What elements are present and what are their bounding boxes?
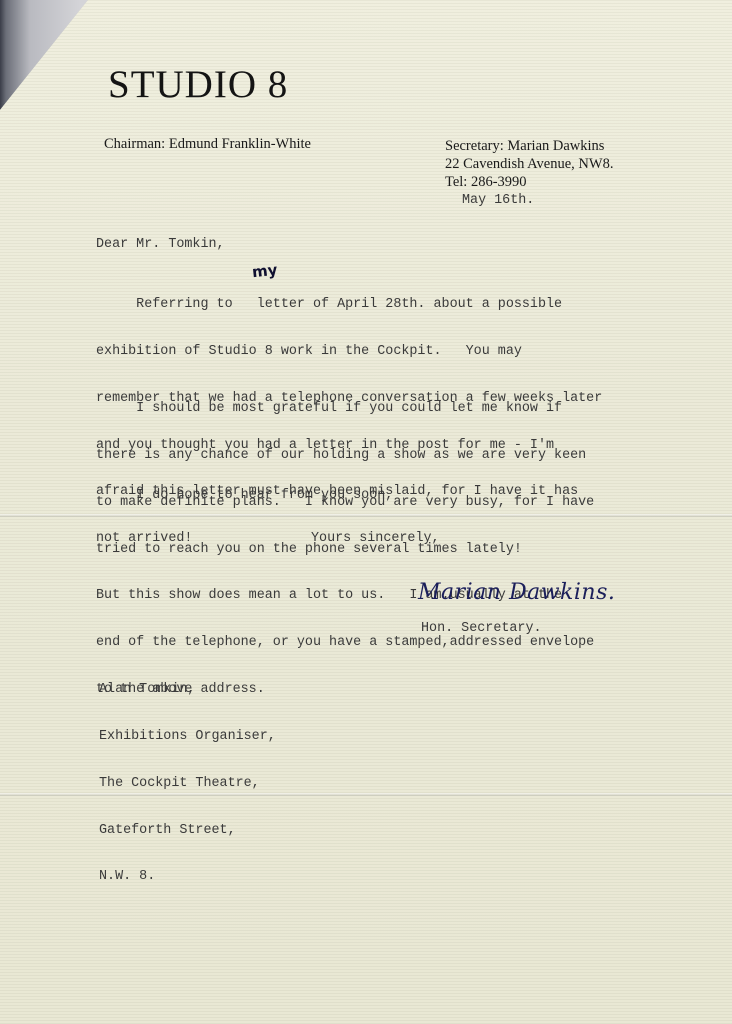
handwritten-signature: Marian Dawkins. (418, 580, 615, 605)
secretary-telephone: Tel: 286-3990 (445, 173, 613, 191)
letter-date: May 16th. (462, 193, 534, 209)
handwritten-correction: my (251, 261, 278, 282)
letter-paper: STUDIO 8 Chairman: Edmund Franklin-White… (0, 0, 732, 1024)
salutation: Dear Mr. Tomkin, (96, 237, 225, 253)
address-line: Exhibitions Organiser, (99, 729, 276, 745)
secretary-address: 22 Cavendish Avenue, NW8. (445, 155, 613, 173)
text-line: I should be most grateful if you could l… (96, 401, 594, 417)
text-line: end of the telephone, or you have a stam… (96, 635, 594, 651)
signature-title: Hon. Secretary. (421, 621, 542, 637)
letterhead-title: STUDIO 8 (108, 62, 288, 107)
paragraph-3: I do hope to hear from you soon, (96, 488, 393, 504)
text-line: Referring to letter of April 28th. about… (96, 297, 602, 313)
text-line: there is any chance of our holding a sho… (96, 448, 594, 464)
text-line: exhibition of Studio 8 work in the Cockp… (96, 344, 602, 360)
address-line: N.W. 8. (99, 869, 276, 885)
address-line: Gateforth Street, (99, 823, 276, 839)
secretary-name: Secretary: Marian Dawkins (445, 137, 613, 155)
letterhead-secretary-block: Secretary: Marian Dawkins 22 Cavendish A… (445, 137, 613, 191)
address-line: Alan Tomkin, (99, 682, 276, 698)
address-line: The Cockpit Theatre, (99, 776, 276, 792)
letterhead-chairman: Chairman: Edmund Franklin-White (104, 135, 311, 153)
closing: Yours sincerely, (311, 531, 440, 547)
recipient-address: Alan Tomkin, Exhibitions Organiser, The … (99, 651, 276, 916)
